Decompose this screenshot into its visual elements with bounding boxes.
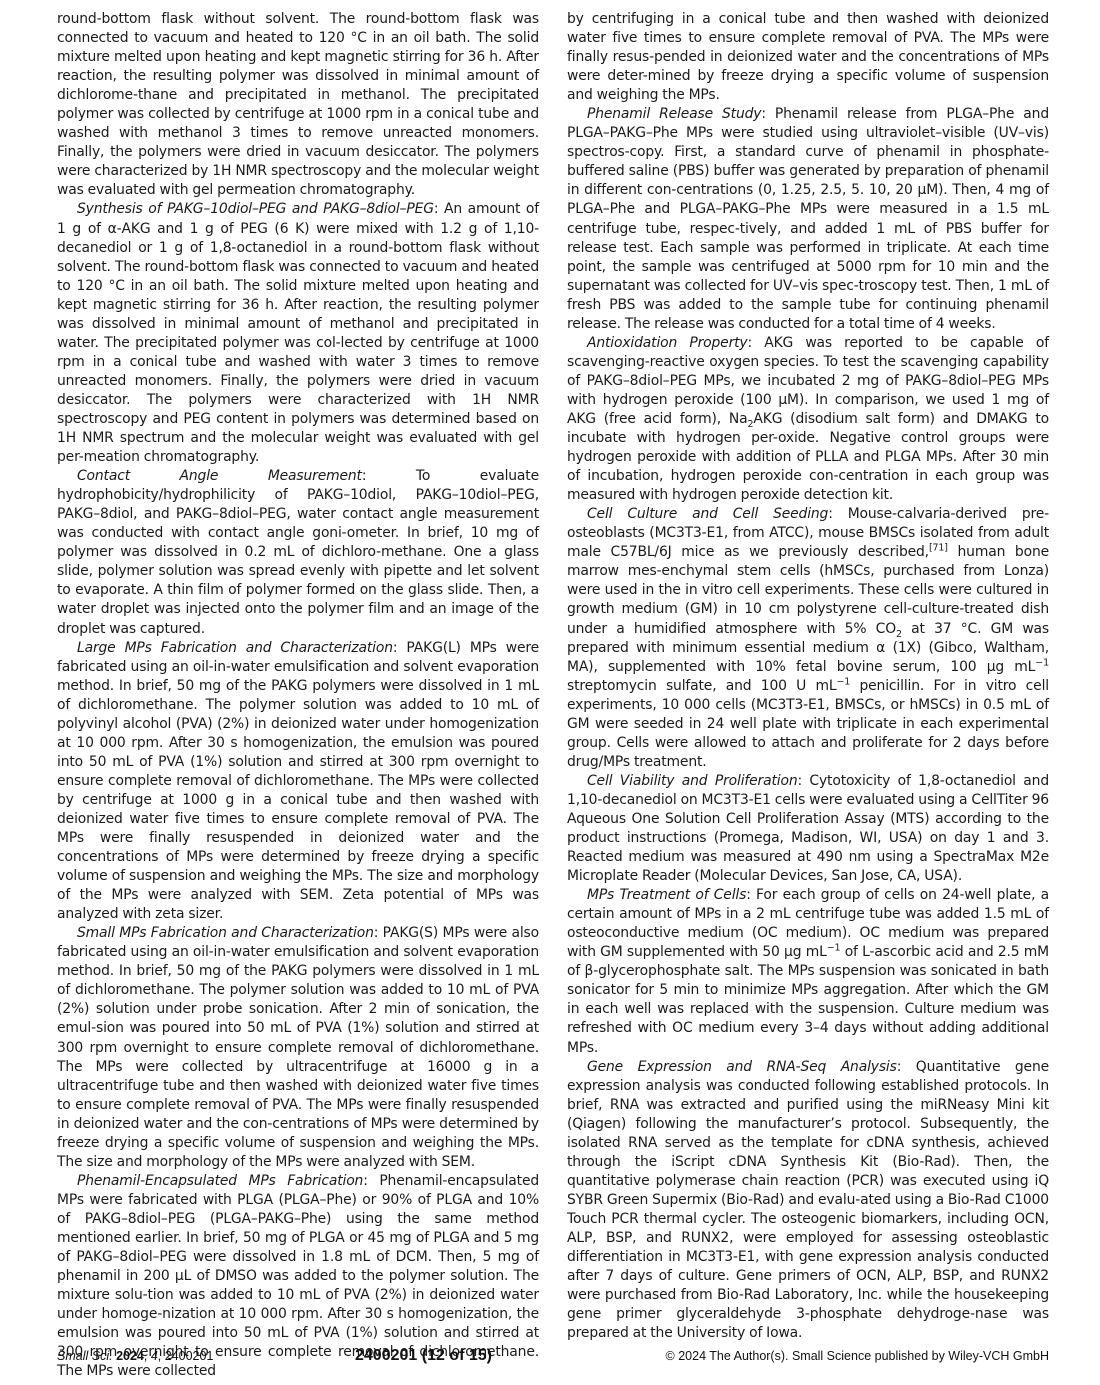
paragraph-text: : To evaluate hydrophobicity/hydrophilic… — [57, 468, 539, 636]
section-heading: MPs Treatment of Cells — [587, 887, 746, 903]
section-heading: Small MPs Fabrication and Characterizati… — [77, 925, 374, 941]
journal-abbrev: Small Sci. — [57, 1349, 113, 1363]
paragraph-cell-culture: Cell Culture and Cell Seeding: Mouse-cal… — [567, 505, 1049, 772]
paragraph-text: : An amount of 1 g of α-AKG and 1 g of P… — [57, 201, 539, 465]
section-heading: Synthesis of PAKG–10diol–PEG and PAKG–8d… — [77, 201, 434, 217]
superscript: −1 — [836, 676, 850, 687]
page-footer: Small Sci. 2024, 4, 2400201 2400201 (12 … — [57, 1349, 1049, 1369]
section-heading: Cell Viability and Proliferation — [587, 773, 797, 789]
paragraph-text: streptomycin sulfate, and 100 U mL — [567, 678, 836, 694]
section-heading: Contact Angle Measurement — [77, 468, 362, 484]
paragraph-cell-viability: Cell Viability and Proliferation: Cytoto… — [567, 772, 1049, 886]
page-number: 2400201 (12 of 15) — [355, 1347, 492, 1365]
paragraph-text: of L-ascorbic acid and 2.5 mM of β-glyce… — [567, 944, 1049, 1055]
paragraph-text: : Cytotoxicity of 1,8-octanediol and 1,1… — [567, 773, 1049, 884]
paragraph-synthesis-peg: Synthesis of PAKG–10diol–PEG and PAKG–8d… — [57, 200, 539, 467]
article-number: 2400201 — [165, 1349, 214, 1363]
paragraph-small-mps: Small MPs Fabrication and Characterizati… — [57, 924, 539, 1172]
right-column: by centrifuging in a conical tube and th… — [567, 10, 1049, 1343]
section-heading: Phenamil-Encapsulated MPs Fabrication — [77, 1173, 363, 1189]
paragraph-large-mps: Large MPs Fabrication and Characterizati… — [57, 639, 539, 925]
paragraph-text: : Quantitative gene expression analysis … — [567, 1059, 1049, 1342]
superscript: −1 — [827, 943, 841, 954]
section-heading: Large MPs Fabrication and Characterizati… — [77, 640, 393, 656]
paragraph-contact-angle: Contact Angle Measurement: To evaluate h… — [57, 467, 539, 638]
journal-year: 2024 — [116, 1349, 144, 1363]
journal-volume: 4 — [151, 1349, 158, 1363]
paragraph-mps-treatment: MPs Treatment of Cells: For each group o… — [567, 886, 1049, 1057]
paragraph-gene-expression: Gene Expression and RNA-Seq Analysis: Qu… — [567, 1058, 1049, 1344]
section-heading: Phenamil Release Study — [587, 106, 761, 122]
paragraph-phenamil-mps-continued: by centrifuging in a conical tube and th… — [567, 10, 1049, 105]
paragraph-text: round-bottom flask without solvent. The … — [57, 11, 539, 198]
paragraph-text: : PAKG(L) MPs were fabricated using an o… — [57, 640, 539, 923]
left-column: round-bottom flask without solvent. The … — [57, 10, 539, 1381]
paragraph-antioxidation: Antioxidation Property: AKG was reported… — [567, 334, 1049, 505]
paragraph-polymer-synthesis-continued: round-bottom flask without solvent. The … — [57, 10, 539, 200]
journal-citation: Small Sci. 2024, 4, 2400201 — [57, 1349, 213, 1363]
paragraph-text: : PAKG(S) MPs were also fabricated using… — [57, 925, 539, 1170]
citation-reference[interactable]: [71] — [929, 543, 948, 554]
section-heading: Antioxidation Property — [587, 335, 748, 351]
paragraph-text: : Phenamil release from PLGA–Phe and PLG… — [567, 106, 1049, 332]
copyright-notice: © 2024 The Author(s). Small Science publ… — [666, 1349, 1049, 1363]
paper-page: round-bottom flask without solvent. The … — [0, 0, 1100, 1385]
section-heading: Gene Expression and RNA-Seq Analysis — [587, 1059, 897, 1075]
paragraph-phenamil-release: Phenamil Release Study: Phenamil release… — [567, 105, 1049, 334]
paragraph-text: by centrifuging in a conical tube and th… — [567, 11, 1049, 103]
section-heading: Cell Culture and Cell Seeding — [587, 506, 828, 522]
superscript: −1 — [1035, 657, 1049, 668]
